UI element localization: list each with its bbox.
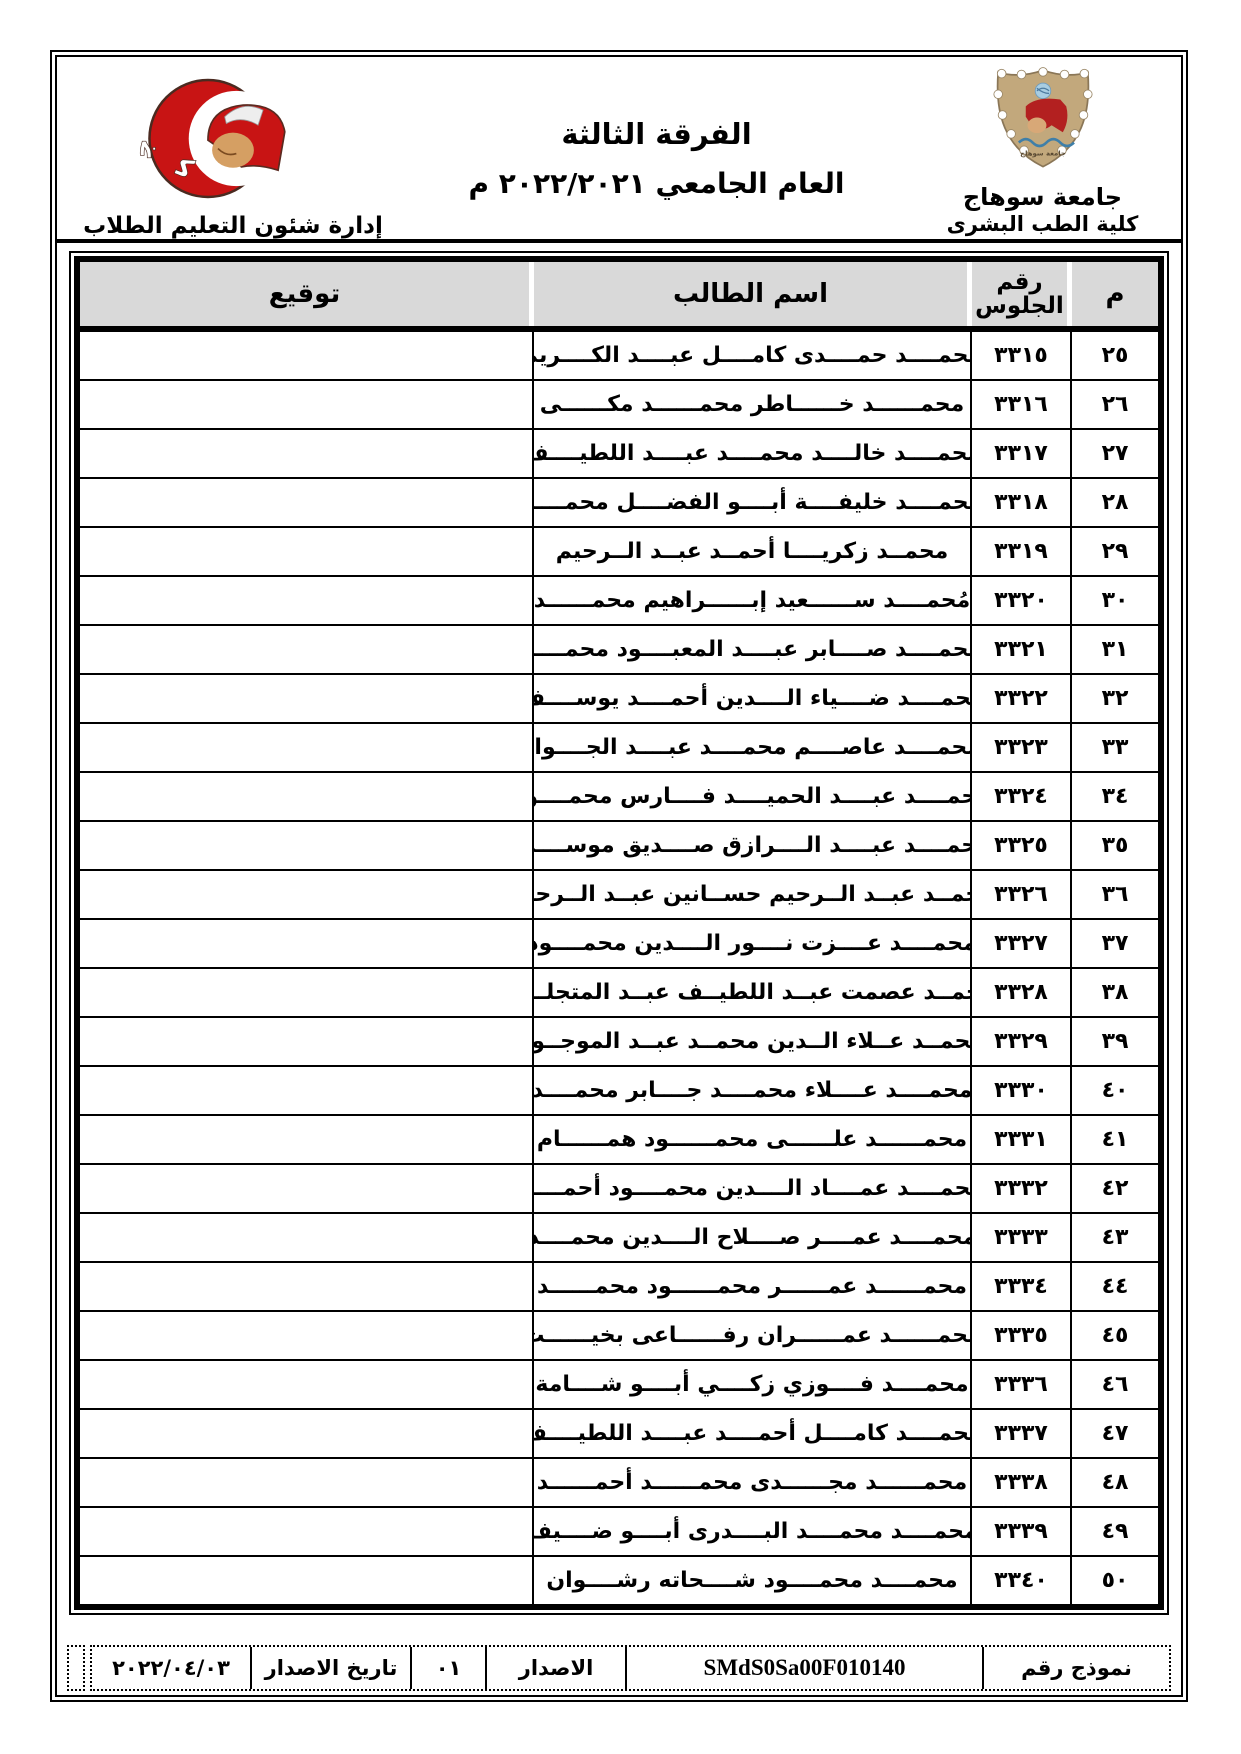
row-number-cell: ٤٤ <box>1072 1263 1158 1310</box>
signature-cell <box>80 920 534 967</box>
row-number-cell: ٣٤ <box>1072 773 1158 820</box>
row-number-cell: ٣١ <box>1072 626 1158 673</box>
column-header-signature: توقيع <box>80 262 534 326</box>
table-row: ٢٦٣٣١٦محمــــــد خــــــاطر محمــــــد م… <box>80 379 1158 428</box>
seat-number-cell: ٣٣٣٧ <box>972 1410 1072 1457</box>
signature-cell <box>80 332 534 379</box>
signature-cell <box>80 1018 534 1065</box>
form-footer: نموذج رقم SMdS0Sa00F010140 الاصدار ٠١ تا… <box>67 1645 1171 1691</box>
version-value: ٠١ <box>412 1647 487 1689</box>
table-row: ٢٩٣٣١٩محمــد زكريــــا أحمــد عبــد الــ… <box>80 526 1158 575</box>
signature-cell <box>80 381 534 428</box>
table-row: ٤٠٣٣٣٠محمــــد عــــلاء محمــــد جــــاب… <box>80 1065 1158 1114</box>
signature-cell <box>80 626 534 673</box>
row-number-cell: ٣٩ <box>1072 1018 1158 1065</box>
row-number-cell: ٤٢ <box>1072 1165 1158 1212</box>
student-name-cell: محمــــــد عمــــــر محمــــــود محمــــ… <box>534 1263 972 1310</box>
row-number-cell: ٢٧ <box>1072 430 1158 477</box>
student-name-cell: محمــــــد مجــــــدى محمــــــد أحمــــ… <box>534 1459 972 1506</box>
student-name-cell: محمــــــد علــــــى محمــــــود همـــــ… <box>534 1116 972 1163</box>
faculty-header-block: جامعة سوهاج كلية الطب إدارة شئون التعليم… <box>83 65 383 239</box>
signature-cell <box>80 1557 534 1604</box>
table-row: ٤٤٣٣٣٤محمــــــد عمــــــر محمــــــود م… <box>80 1261 1158 1310</box>
student-name-cell: محمــــد عــــلاء محمــــد جــــابر محمـ… <box>534 1067 972 1114</box>
student-name-cell: محمــــــد عمــــــران رفــــــاعى بخيــ… <box>534 1312 972 1359</box>
student-name-cell: محمــــد عــــزت نــــور الــــدين محمــ… <box>534 920 972 967</box>
row-number-cell: ٣٣ <box>1072 724 1158 771</box>
seat-number-cell: ٣٣٣٥ <box>972 1312 1072 1359</box>
seat-number-cell: ٣٣١٨ <box>972 479 1072 526</box>
shield-caption-text: جامعة سوهاج <box>1020 149 1066 157</box>
table-row: ٤١٣٣٣١محمــــــد علــــــى محمــــــود ه… <box>80 1114 1158 1163</box>
form-code: SMdS0Sa00F010140 <box>627 1647 984 1689</box>
signature-cell <box>80 1214 534 1261</box>
table-row: ٤٥٣٣٣٥محمــــــد عمــــــران رفــــــاعى… <box>80 1310 1158 1359</box>
seat-number-cell: ٣٣٢٩ <box>972 1018 1072 1065</box>
student-name-cell: محمــــد فــــوزي زكــــي أبــــو شــــا… <box>534 1361 972 1408</box>
signature-cell <box>80 1508 534 1555</box>
row-number-cell: ٢٥ <box>1072 332 1158 379</box>
signature-cell <box>80 822 534 869</box>
student-name-cell: محمــــد خليفــــة أبــــو الفضــــل محم… <box>534 479 972 526</box>
table-row: ٣٨٣٣٢٨محمــد عصمت عبــد اللطيــف عبــد ا… <box>80 967 1158 1016</box>
row-number-cell: ٤٥ <box>1072 1312 1158 1359</box>
seat-number-cell: ٣٣٢٢ <box>972 675 1072 722</box>
row-number-cell: ٤٦ <box>1072 1361 1158 1408</box>
svg-text:جامعة سوهاج: جامعة سوهاج <box>107 65 157 158</box>
row-number-cell: ٣٧ <box>1072 920 1158 967</box>
row-number-cell: ٢٦ <box>1072 381 1158 428</box>
student-name-cell: محمــــد صــــابر عبــــد المعبــــود مح… <box>534 626 972 673</box>
table-row: ٤٩٣٣٣٩محمــــد محمــــد البــــدرى أبـــ… <box>80 1506 1158 1555</box>
crescent-top-text: جامعة سوهاج <box>107 65 157 158</box>
signature-cell <box>80 871 534 918</box>
signature-cell <box>80 1165 534 1212</box>
university-header-block: جامعة سوهاج جامعة سوهاج كلية الطب البشرى <box>930 65 1155 236</box>
signature-cell <box>80 1459 534 1506</box>
document-page: { "header": { "university_name": "جامعة … <box>0 0 1241 1754</box>
row-number-cell: ٤٠ <box>1072 1067 1158 1114</box>
signature-cell <box>80 479 534 526</box>
faculty-name: كلية الطب البشرى <box>930 212 1155 236</box>
table-row: ٢٥٣٣١٥محمــــد حمــــدى كامــــل عبــــد… <box>80 332 1158 379</box>
table-row: ٣٣٣٣٢٣محمــــد عاصــــم محمــــد عبــــد… <box>80 722 1158 771</box>
table-row: ٣٠٣٣٢٠مُحمــــد ســــــعيد إبــــــراهيم… <box>80 575 1158 624</box>
column-header-no: م <box>1072 262 1158 326</box>
signature-cell <box>80 773 534 820</box>
table-row: ٢٨٣٣١٨محمــــد خليفــــة أبــــو الفضـــ… <box>80 477 1158 526</box>
seat-number-cell: ٣٣٣٤ <box>972 1263 1072 1310</box>
seat-number-cell: ٣٣٤٠ <box>972 1557 1072 1604</box>
student-name-cell: محمــــد خالــــد محمــــد عبــــد اللطي… <box>534 430 972 477</box>
student-name-cell: محمــــد عبــــد الــــرازق صــــديق موس… <box>534 822 972 869</box>
form-number-label: نموذج رقم <box>984 1647 1169 1689</box>
signature-cell <box>80 724 534 771</box>
seat-number-cell: ٣٣٣٩ <box>972 1508 1072 1555</box>
student-name-cell: محمــــد عمــــر صــــلاح الــــدين محمـ… <box>534 1214 972 1261</box>
student-name-cell: محمــــد حمــــدى كامــــل عبــــد الكــ… <box>534 332 972 379</box>
signature-cell <box>80 577 534 624</box>
table-row: ٣١٣٣٢١محمــــد صــــابر عبــــد المعبـــ… <box>80 624 1158 673</box>
signature-cell <box>80 1410 534 1457</box>
table-body: ٢٥٣٣١٥محمــــد حمــــدى كامــــل عبــــد… <box>80 332 1158 1604</box>
student-name-cell: محمــد زكريــــا أحمــد عبــد الــرحيم <box>534 528 972 575</box>
seat-number-cell: ٣٣٣٦ <box>972 1361 1072 1408</box>
table-row: ٤٧٣٣٣٧محمــــد كامــــل أحمــــد عبــــد… <box>80 1408 1158 1457</box>
seat-number-cell: ٣٣١٥ <box>972 332 1072 379</box>
signature-cell <box>80 430 534 477</box>
table-row: ٣٢٣٣٢٢محمــــد ضــــياء الــــدين أحمـــ… <box>80 673 1158 722</box>
student-name-cell: محمــــد محمــــود شــــحاته رشــــوان <box>534 1557 972 1604</box>
department-name: إدارة شئون التعليم الطلاب <box>83 213 383 239</box>
row-number-cell: ٢٩ <box>1072 528 1158 575</box>
seat-number-cell: ٣٣١٧ <box>972 430 1072 477</box>
table-row: ٤٢٣٣٣٢محمــــد عمــــاد الــــدين محمـــ… <box>80 1163 1158 1212</box>
seat-number-cell: ٣٣٣٢ <box>972 1165 1072 1212</box>
table-row: ٥٠٣٣٤٠محمــــد محمــــود شــــحاته رشـــ… <box>80 1555 1158 1604</box>
signature-cell <box>80 1361 534 1408</box>
seat-number-cell: ٣٣٢٤ <box>972 773 1072 820</box>
version-label: الاصدار <box>487 1647 627 1689</box>
table-row: ٣٥٣٣٢٥محمــــد عبــــد الــــرازق صــــد… <box>80 820 1158 869</box>
row-number-cell: ٤٩ <box>1072 1508 1158 1555</box>
seat-number-cell: ٣٣٢٥ <box>972 822 1072 869</box>
seat-number-cell: ٣٣٢٨ <box>972 969 1072 1016</box>
row-number-cell: ٣٥ <box>1072 822 1158 869</box>
university-shield-logo: جامعة سوهاج <box>982 65 1104 177</box>
student-name-cell: محمــد عبــد الــرحيم حســانين عبــد الـ… <box>534 871 972 918</box>
student-name-cell: محمــــد محمــــد البــــدرى أبــــو ضــ… <box>534 1508 972 1555</box>
seat-number-cell: ٣٣٣٠ <box>972 1067 1072 1114</box>
seat-number-cell: ٣٣٢١ <box>972 626 1072 673</box>
table-row: ٢٧٣٣١٧محمــــد خالــــد محمــــد عبــــد… <box>80 428 1158 477</box>
table-row: ٣٦٣٣٢٦محمــد عبــد الــرحيم حســانين عبـ… <box>80 869 1158 918</box>
student-name-cell: محمــــــد خــــــاطر محمــــــد مكـــــ… <box>534 381 972 428</box>
row-number-cell: ٥٠ <box>1072 1557 1158 1604</box>
student-name-cell: محمــــد ضــــياء الــــدين أحمــــد يوس… <box>534 675 972 722</box>
column-header-name: اسم الطالب <box>534 262 972 326</box>
table-row: ٣٧٣٣٢٧محمــــد عــــزت نــــور الــــدين… <box>80 918 1158 967</box>
academic-year-title: العام الجامعي ٢٠٢٢/٢٠٢١ م <box>383 167 930 200</box>
signature-cell <box>80 1263 534 1310</box>
row-number-cell: ٣٢ <box>1072 675 1158 722</box>
signature-cell <box>80 675 534 722</box>
university-name: جامعة سوهاج <box>930 183 1155 211</box>
row-number-cell: ٤٧ <box>1072 1410 1158 1457</box>
seat-number-cell: ٣٣٢٠ <box>972 577 1072 624</box>
issue-date-value: ٢٠٢٢/٠٤/٠٣ <box>92 1647 252 1689</box>
footer-table: نموذج رقم SMdS0Sa00F010140 الاصدار ٠١ تا… <box>90 1645 1171 1691</box>
row-number-cell: ٣٠ <box>1072 577 1158 624</box>
page-border-frame: جامعة سوهاج جامعة سوهاج كلية الطب البشرى… <box>50 50 1188 1702</box>
signature-cell <box>80 969 534 1016</box>
faculty-crescent-logo: جامعة سوهاج كلية الطب <box>107 65 359 207</box>
signature-cell <box>80 1067 534 1114</box>
table-row: ٣٩٣٣٢٩محمــد عــلاء الــدين محمــد عبــد… <box>80 1016 1158 1065</box>
student-name-cell: محمــــد عبــــد الحميــــد فــــارس محم… <box>534 773 972 820</box>
seat-number-cell: ٣٣٣١ <box>972 1116 1072 1163</box>
seat-number-cell: ٣٣٢٧ <box>972 920 1072 967</box>
seat-number-cell: ٣٣٣٣ <box>972 1214 1072 1261</box>
row-number-cell: ٤١ <box>1072 1116 1158 1163</box>
document-title-block: الفرقة الثالثة العام الجامعي ٢٠٢٢/٢٠٢١ م <box>383 65 930 200</box>
seat-number-cell: ٣٣٢٣ <box>972 724 1072 771</box>
row-number-cell: ٤٨ <box>1072 1459 1158 1506</box>
seat-number-cell: ٣٣١٩ <box>972 528 1072 575</box>
row-number-cell: ٢٨ <box>1072 479 1158 526</box>
issue-date-label: تاريخ الاصدار <box>252 1647 412 1689</box>
seat-number-cell: ٣٣٢٦ <box>972 871 1072 918</box>
seat-number-cell: ٣٣١٦ <box>972 381 1072 428</box>
page-header: جامعة سوهاج جامعة سوهاج كلية الطب البشرى… <box>57 57 1181 239</box>
row-number-cell: ٤٣ <box>1072 1214 1158 1261</box>
signature-cell <box>80 1312 534 1359</box>
row-number-cell: ٣٨ <box>1072 969 1158 1016</box>
table-row: ٤٣٣٣٣٣محمــــد عمــــر صــــلاح الــــدي… <box>80 1212 1158 1261</box>
students-table: م رقم الجلوس اسم الطالب توقيع ٢٥٣٣١٥محمـ… <box>69 251 1169 1615</box>
column-header-seat: رقم الجلوس <box>972 262 1072 326</box>
student-name-cell: محمــد عــلاء الــدين محمــد عبــد الموج… <box>534 1018 972 1065</box>
signature-cell <box>80 528 534 575</box>
signature-cell <box>80 1116 534 1163</box>
header-divider-rule <box>57 239 1181 243</box>
student-name-cell: محمــــد كامــــل أحمــــد عبــــد اللطي… <box>534 1410 972 1457</box>
footer-stub-cell <box>67 1645 85 1691</box>
student-name-cell: محمــــد عاصــــم محمــــد عبــــد الجــ… <box>534 724 972 771</box>
student-name-cell: مُحمــــد ســــــعيد إبــــــراهيم محمــ… <box>534 577 972 624</box>
student-name-cell: محمــد عصمت عبــد اللطيــف عبــد المتجلـ… <box>534 969 972 1016</box>
row-number-cell: ٣٦ <box>1072 871 1158 918</box>
table-row: ٣٤٣٣٢٤محمــــد عبــــد الحميــــد فــــا… <box>80 771 1158 820</box>
crescent-face <box>212 133 254 168</box>
grade-title: الفرقة الثالثة <box>383 117 930 151</box>
table-row: ٤٨٣٣٣٨محمــــــد مجــــــدى محمــــــد أ… <box>80 1457 1158 1506</box>
table-header-row: م رقم الجلوس اسم الطالب توقيع <box>80 262 1158 332</box>
student-name-cell: محمــــد عمــــاد الــــدين محمــــود أح… <box>534 1165 972 1212</box>
seat-number-cell: ٣٣٣٨ <box>972 1459 1072 1506</box>
table-row: ٤٦٣٣٣٦محمــــد فــــوزي زكــــي أبــــو … <box>80 1359 1158 1408</box>
